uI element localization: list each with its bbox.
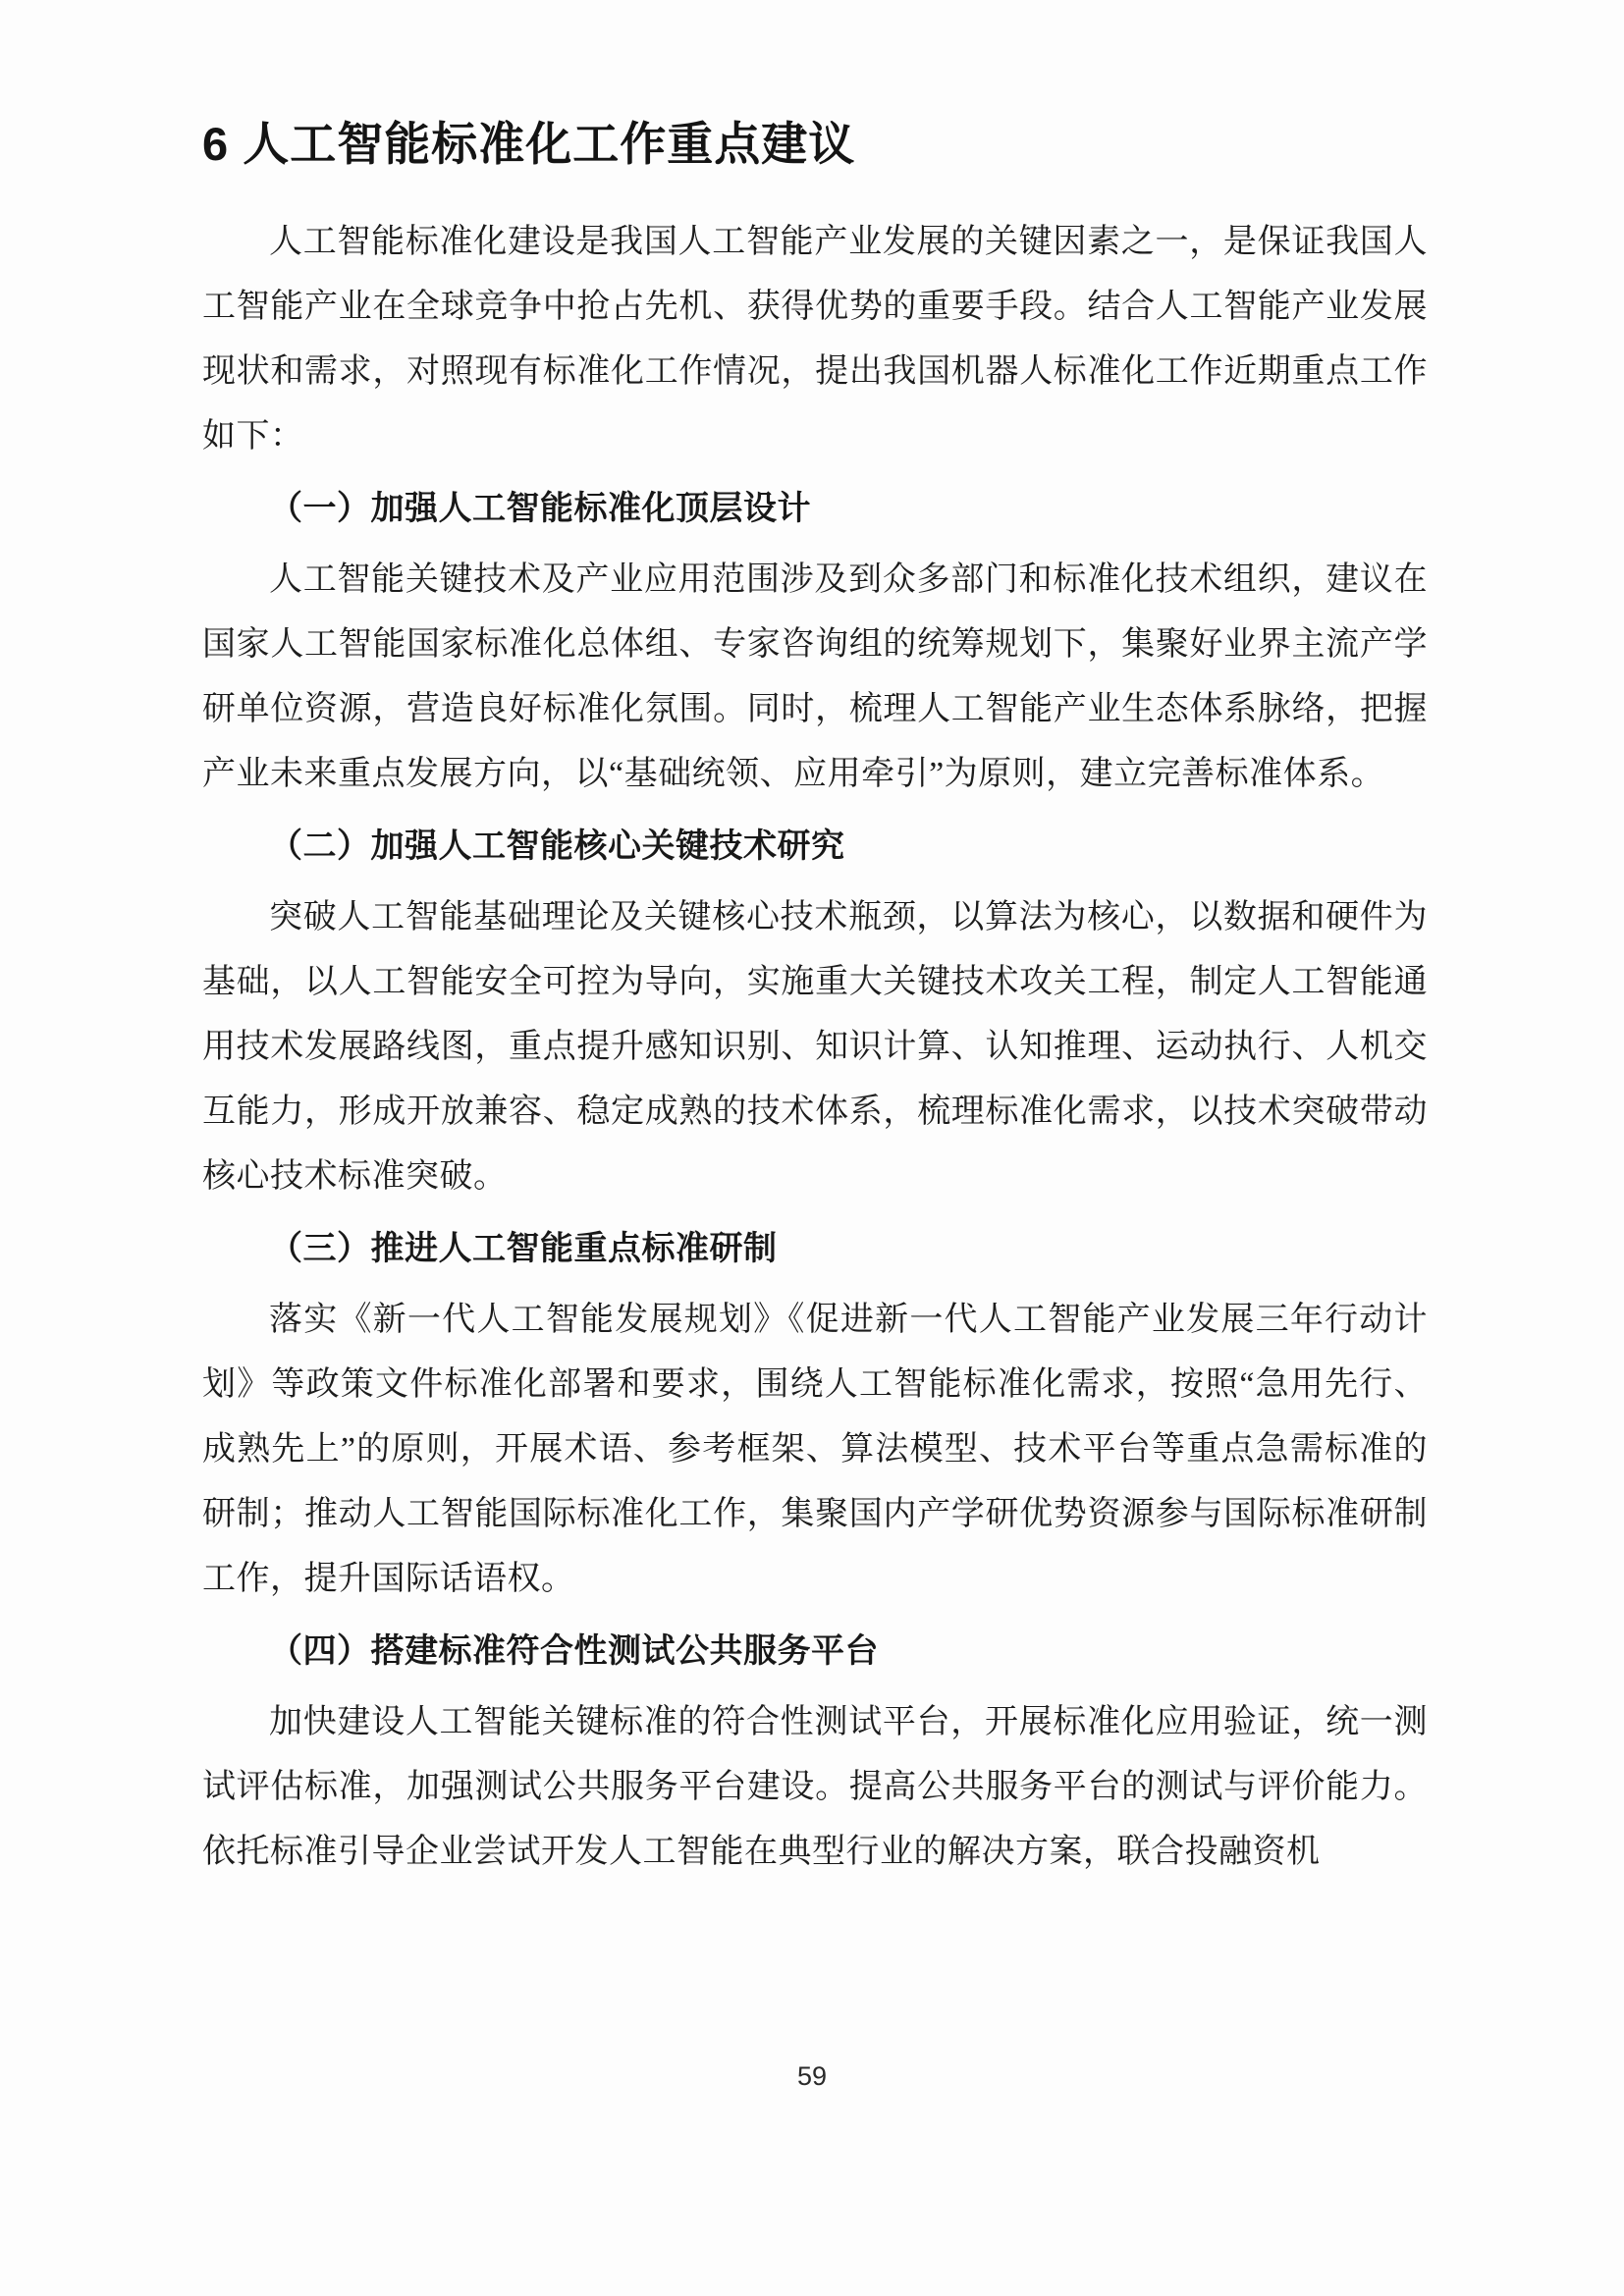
document-content: 6 人工智能标准化工作重点建议 人工智能标准化建设是我国人工智能产业发展的关键因… (202, 114, 1428, 1885)
page-number: 59 (0, 2061, 1624, 2092)
section-2-paragraph: 突破人工智能基础理论及关键核心技术瓶颈，以算法为核心，以数据和硬件为基础，以人工… (202, 885, 1428, 1209)
section-heading-1: （一）加强人工智能标准化顶层设计 (202, 476, 1428, 541)
page-title: 6 人工智能标准化工作重点建议 (202, 114, 1428, 175)
section-heading-4: （四）搭建标准符合性测试公共服务平台 (202, 1619, 1428, 1683)
section-heading-3: （三）推进人工智能重点标准研制 (202, 1216, 1428, 1281)
intro-paragraph: 人工智能标准化建设是我国人工智能产业发展的关键因素之一，是保证我国人工智能产业在… (202, 210, 1428, 469)
section-3-paragraph: 落实《新一代人工智能发展规划》《促进新一代人工智能产业发展三年行动计划》等政策文… (202, 1288, 1428, 1612)
section-1-paragraph: 人工智能关键技术及产业应用范围涉及到众多部门和标准化技术组织，建议在国家人工智能… (202, 548, 1428, 807)
section-heading-2: （二）加强人工智能核心关键技术研究 (202, 814, 1428, 879)
section-4-paragraph: 加快建设人工智能关键标准的符合性测试平台，开展标准化应用验证，统一测试评估标准，… (202, 1690, 1428, 1885)
document-page: 6 人工智能标准化工作重点建议 人工智能标准化建设是我国人工智能产业发展的关键因… (0, 0, 1624, 2296)
